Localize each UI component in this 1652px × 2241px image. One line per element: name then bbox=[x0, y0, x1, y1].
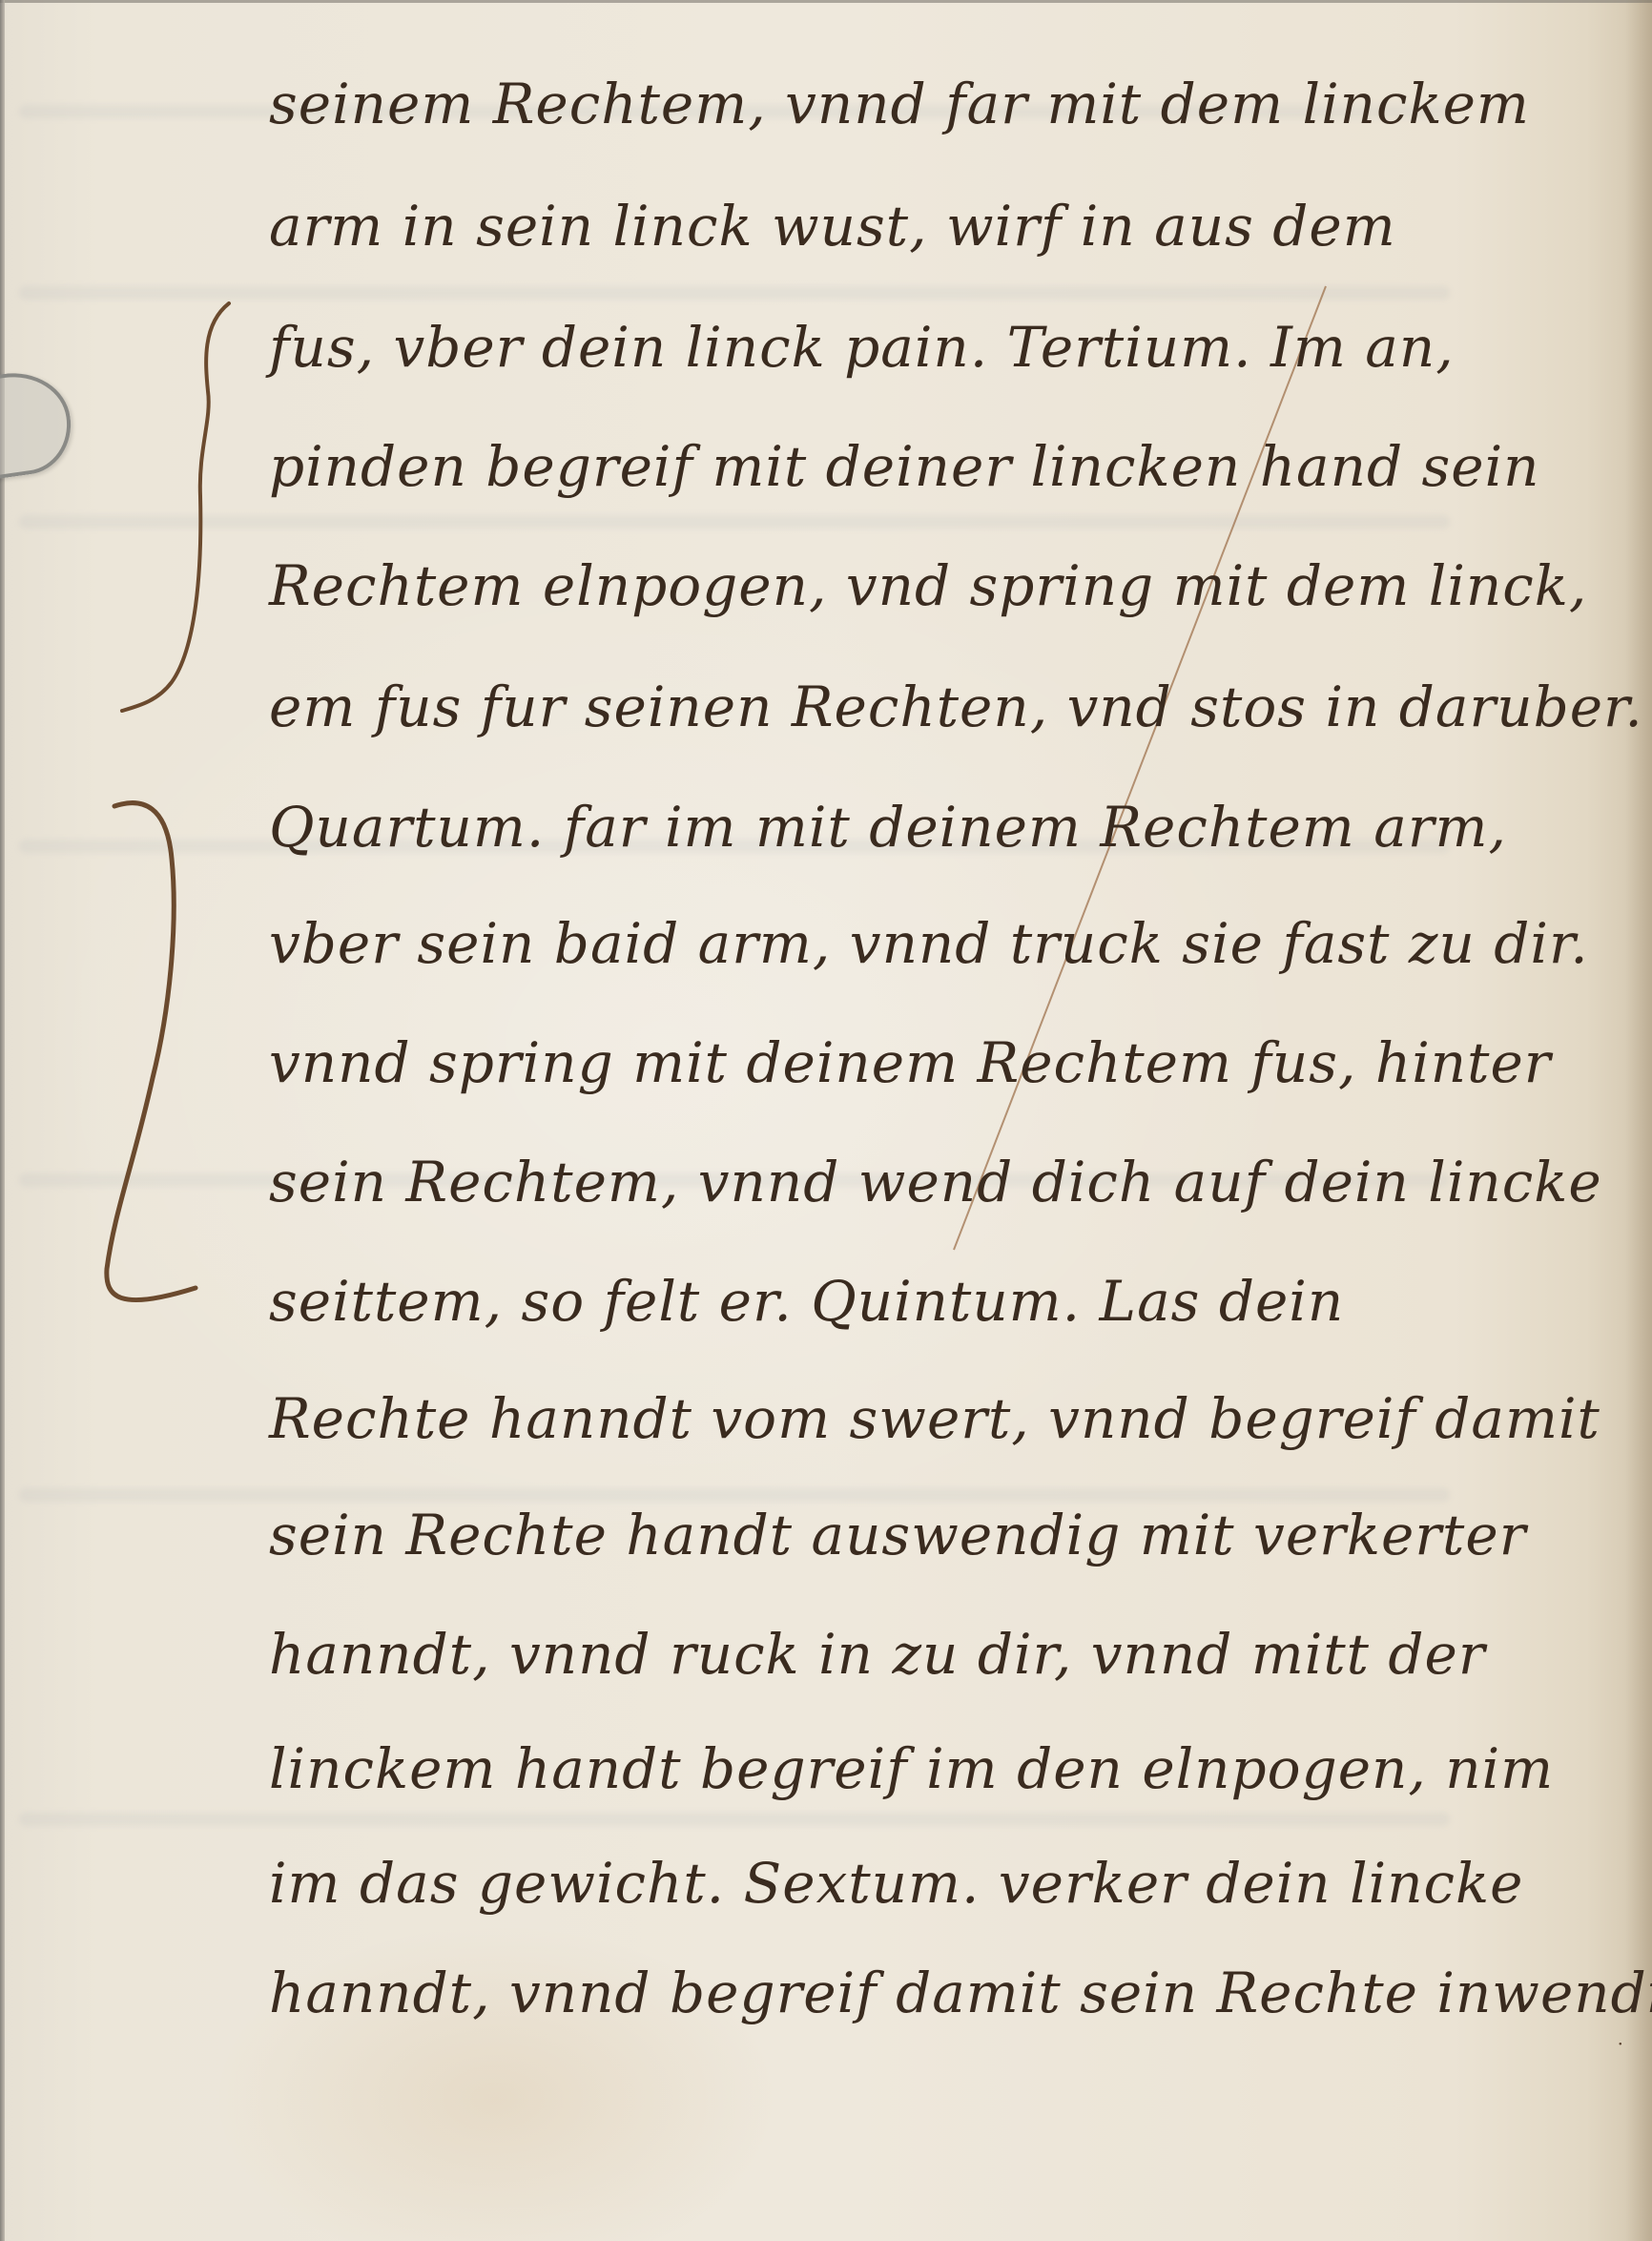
upper-bracket-icon bbox=[122, 303, 229, 711]
lower-bracket-icon bbox=[107, 803, 196, 1300]
text-line: em fus fur seinen Rechten, vnd stos in d… bbox=[269, 679, 1643, 735]
text-line: seinem Rechtem, vnnd far mit dem linckem bbox=[269, 76, 1530, 132]
text-line: arm in sein linck wust, wirf in aus dem bbox=[269, 198, 1396, 254]
page-right-shadow bbox=[1625, 0, 1652, 2241]
ink-speck: · bbox=[1618, 2032, 1623, 2055]
paper-clip-icon bbox=[0, 365, 77, 481]
text-line: sein Rechtem, vnnd wend dich auf dein li… bbox=[269, 1154, 1602, 1210]
text-line: Quartum. far im mit deinem Rechtem arm, bbox=[269, 799, 1507, 855]
page-top-edge bbox=[0, 0, 1652, 3]
text-line: Rechte hanndt vom swert, vnnd begreif da… bbox=[269, 1391, 1600, 1446]
text-line: Rechtem elnpogen, vnd spring mit dem lin… bbox=[269, 558, 1587, 613]
text-line: vnnd spring mit deinem Rechtem fus, hint… bbox=[269, 1035, 1552, 1090]
text-line: seittem, so felt er. Quintum. Las dein bbox=[269, 1274, 1344, 1329]
text-line: linckem handt begreif im den elnpogen, n… bbox=[269, 1741, 1554, 1796]
text-line: vber sein baid arm, vnnd truck sie fast … bbox=[269, 916, 1589, 971]
text-line: im das gewicht. Sextum. verker dein linc… bbox=[269, 1856, 1524, 1911]
text-line: sein Rechte handt auswendig mit verkerte… bbox=[269, 1507, 1526, 1563]
page-gutter-edge bbox=[0, 0, 5, 2241]
manuscript-page: seinem Rechtem, vnnd far mit dem linckem… bbox=[0, 0, 1652, 2241]
bleed-through-stain bbox=[19, 1488, 1450, 1502]
text-line: hanndt, vnnd ruck in zu dir, vnnd mitt d… bbox=[269, 1627, 1486, 1682]
bleed-through-stain bbox=[19, 515, 1450, 529]
text-line: hanndt, vnnd begreif damit sein Rechte i… bbox=[269, 1965, 1652, 2021]
bleed-through-stain bbox=[19, 286, 1450, 300]
diagonal-stroke-icon bbox=[954, 286, 1326, 1250]
text-line: pinden begreif mit deiner lincken hand s… bbox=[269, 439, 1540, 494]
text-line: fus, vber dein linck pain. Tertium. Im a… bbox=[269, 320, 1455, 375]
bleed-through-stain bbox=[19, 1813, 1450, 1826]
